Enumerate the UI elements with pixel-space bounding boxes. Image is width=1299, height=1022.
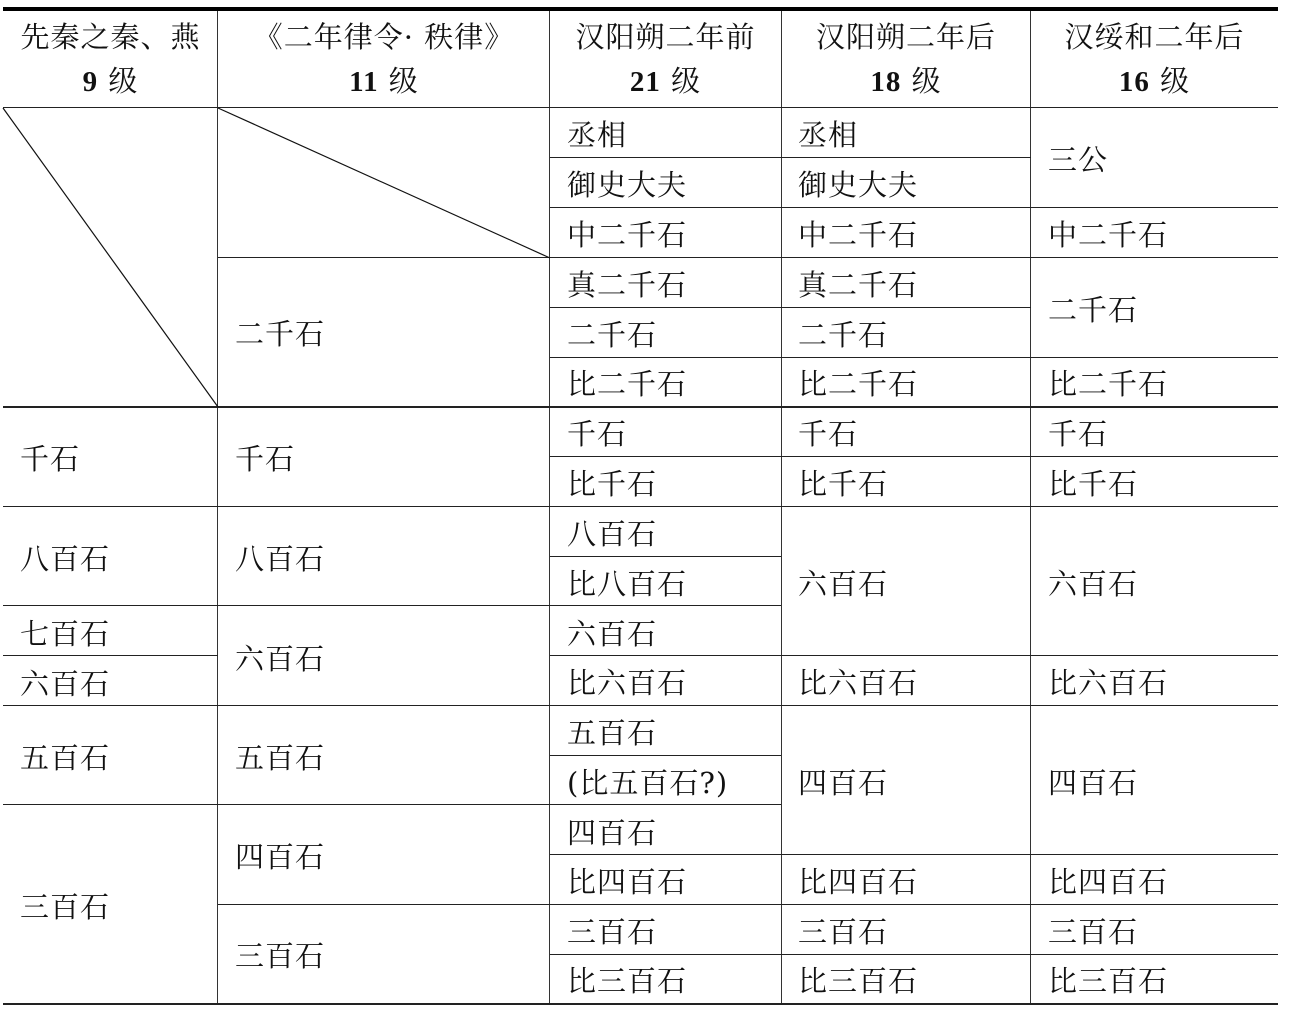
col2-cell: 八百石 (218, 507, 550, 607)
col3-cell: 真二千石 (550, 258, 781, 308)
col1-cell: 六百石 (3, 657, 218, 707)
col3-cell: 比六百石 (550, 657, 781, 706)
col5-cell: 二千石 (1031, 258, 1278, 358)
col2-cell: 二千石 (218, 258, 550, 407)
col5-cell: 六百石 (1031, 507, 1278, 657)
header-yangshuo-after: 汉阳朔二年后 18 级 (781, 11, 1031, 108)
col2-cell: 三百石 (218, 905, 550, 1004)
col3-cell: (比五百石?) (550, 756, 781, 806)
col5-cell: 三公 (1031, 108, 1278, 208)
col4-cell: 比三百石 (781, 955, 1031, 1004)
col4-cell: 比六百石 (781, 657, 1031, 706)
header-pre-qin: 先秦之秦、燕 9 级 (3, 11, 218, 108)
header-grades: 11 级 (349, 59, 419, 104)
col3-cell: 中二千石 (550, 208, 781, 258)
col3-cell: 三百石 (550, 905, 781, 955)
col4-cell: 四百石 (781, 706, 1031, 856)
col1-cell: 三百石 (3, 806, 218, 1004)
col5-cell: 四百石 (1031, 706, 1278, 856)
col3-cell: 比八百石 (550, 557, 781, 607)
col2-cell: 六百石 (218, 607, 550, 707)
col3-cell: 八百石 (550, 507, 781, 557)
col5-cell: 中二千石 (1031, 208, 1278, 258)
col3-cell: 四百石 (550, 806, 781, 856)
col4-cell: 二千石 (781, 308, 1031, 358)
col3-cell: 二千石 (550, 308, 781, 358)
col5-cell: 千石 (1031, 407, 1278, 457)
col4-cell: 中二千石 (781, 208, 1031, 258)
col2-cell: 五百石 (218, 706, 550, 806)
col4-cell: 丞相 (781, 108, 1031, 158)
col1-cell: 五百石 (3, 706, 218, 806)
col2-cell: 四百石 (218, 806, 550, 905)
col3-cell: 御史大夫 (550, 158, 781, 208)
header-title: 汉阳朔二年前 (575, 15, 755, 59)
col4-cell: 三百石 (781, 905, 1031, 955)
col2-cell: 千石 (218, 407, 550, 507)
header-title: 汉阳朔二年后 (816, 15, 996, 59)
col3-cell: 比三百石 (550, 955, 781, 1004)
header-grades: 9 级 (83, 59, 139, 104)
header-title: 先秦之秦、燕 (20, 15, 200, 59)
col3-cell: 比千石 (550, 457, 781, 507)
col4-cell: 比千石 (781, 457, 1031, 507)
col1-cell: 七百石 (3, 607, 218, 657)
header-ernian-lvling: 《二年律令· 秩律》 11 级 (218, 11, 550, 108)
col4-cell: 千石 (781, 407, 1031, 457)
header-grades: 16 级 (1119, 59, 1190, 104)
col4-cell: 真二千石 (781, 258, 1031, 308)
header-grades: 21 级 (630, 59, 701, 104)
col3-cell: 千石 (550, 407, 781, 457)
col5-cell: 比四百石 (1031, 856, 1278, 905)
col5-cell: 比六百石 (1031, 657, 1278, 706)
header-suihe-after: 汉绥和二年后 16 级 (1031, 11, 1278, 108)
col5-cell: 三百石 (1031, 905, 1278, 955)
header-title: 汉绥和二年后 (1064, 15, 1244, 59)
col5-cell: 比千石 (1031, 457, 1278, 507)
col5-cell: 比三百石 (1031, 955, 1278, 1004)
header-yangshuo-before: 汉阳朔二年前 21 级 (550, 11, 781, 108)
col4-cell: 比四百石 (781, 856, 1031, 905)
col3-cell: 丞相 (550, 108, 781, 158)
col3-cell: 比四百石 (550, 856, 781, 905)
col4-cell: 御史大夫 (781, 158, 1031, 208)
col3-cell: 六百石 (550, 607, 781, 657)
header-title: 《二年律令· 秩律》 (254, 15, 514, 59)
col3-cell: 比二千石 (550, 358, 781, 407)
col1-cell: 千石 (3, 407, 218, 507)
col3-cell: 五百石 (550, 706, 781, 756)
col5-cell: 比二千石 (1031, 358, 1278, 407)
col1-cell: 八百石 (3, 507, 218, 607)
header-grades: 18 级 (870, 59, 941, 104)
col4-cell: 比二千石 (781, 358, 1031, 407)
col4-cell: 六百石 (781, 507, 1031, 657)
